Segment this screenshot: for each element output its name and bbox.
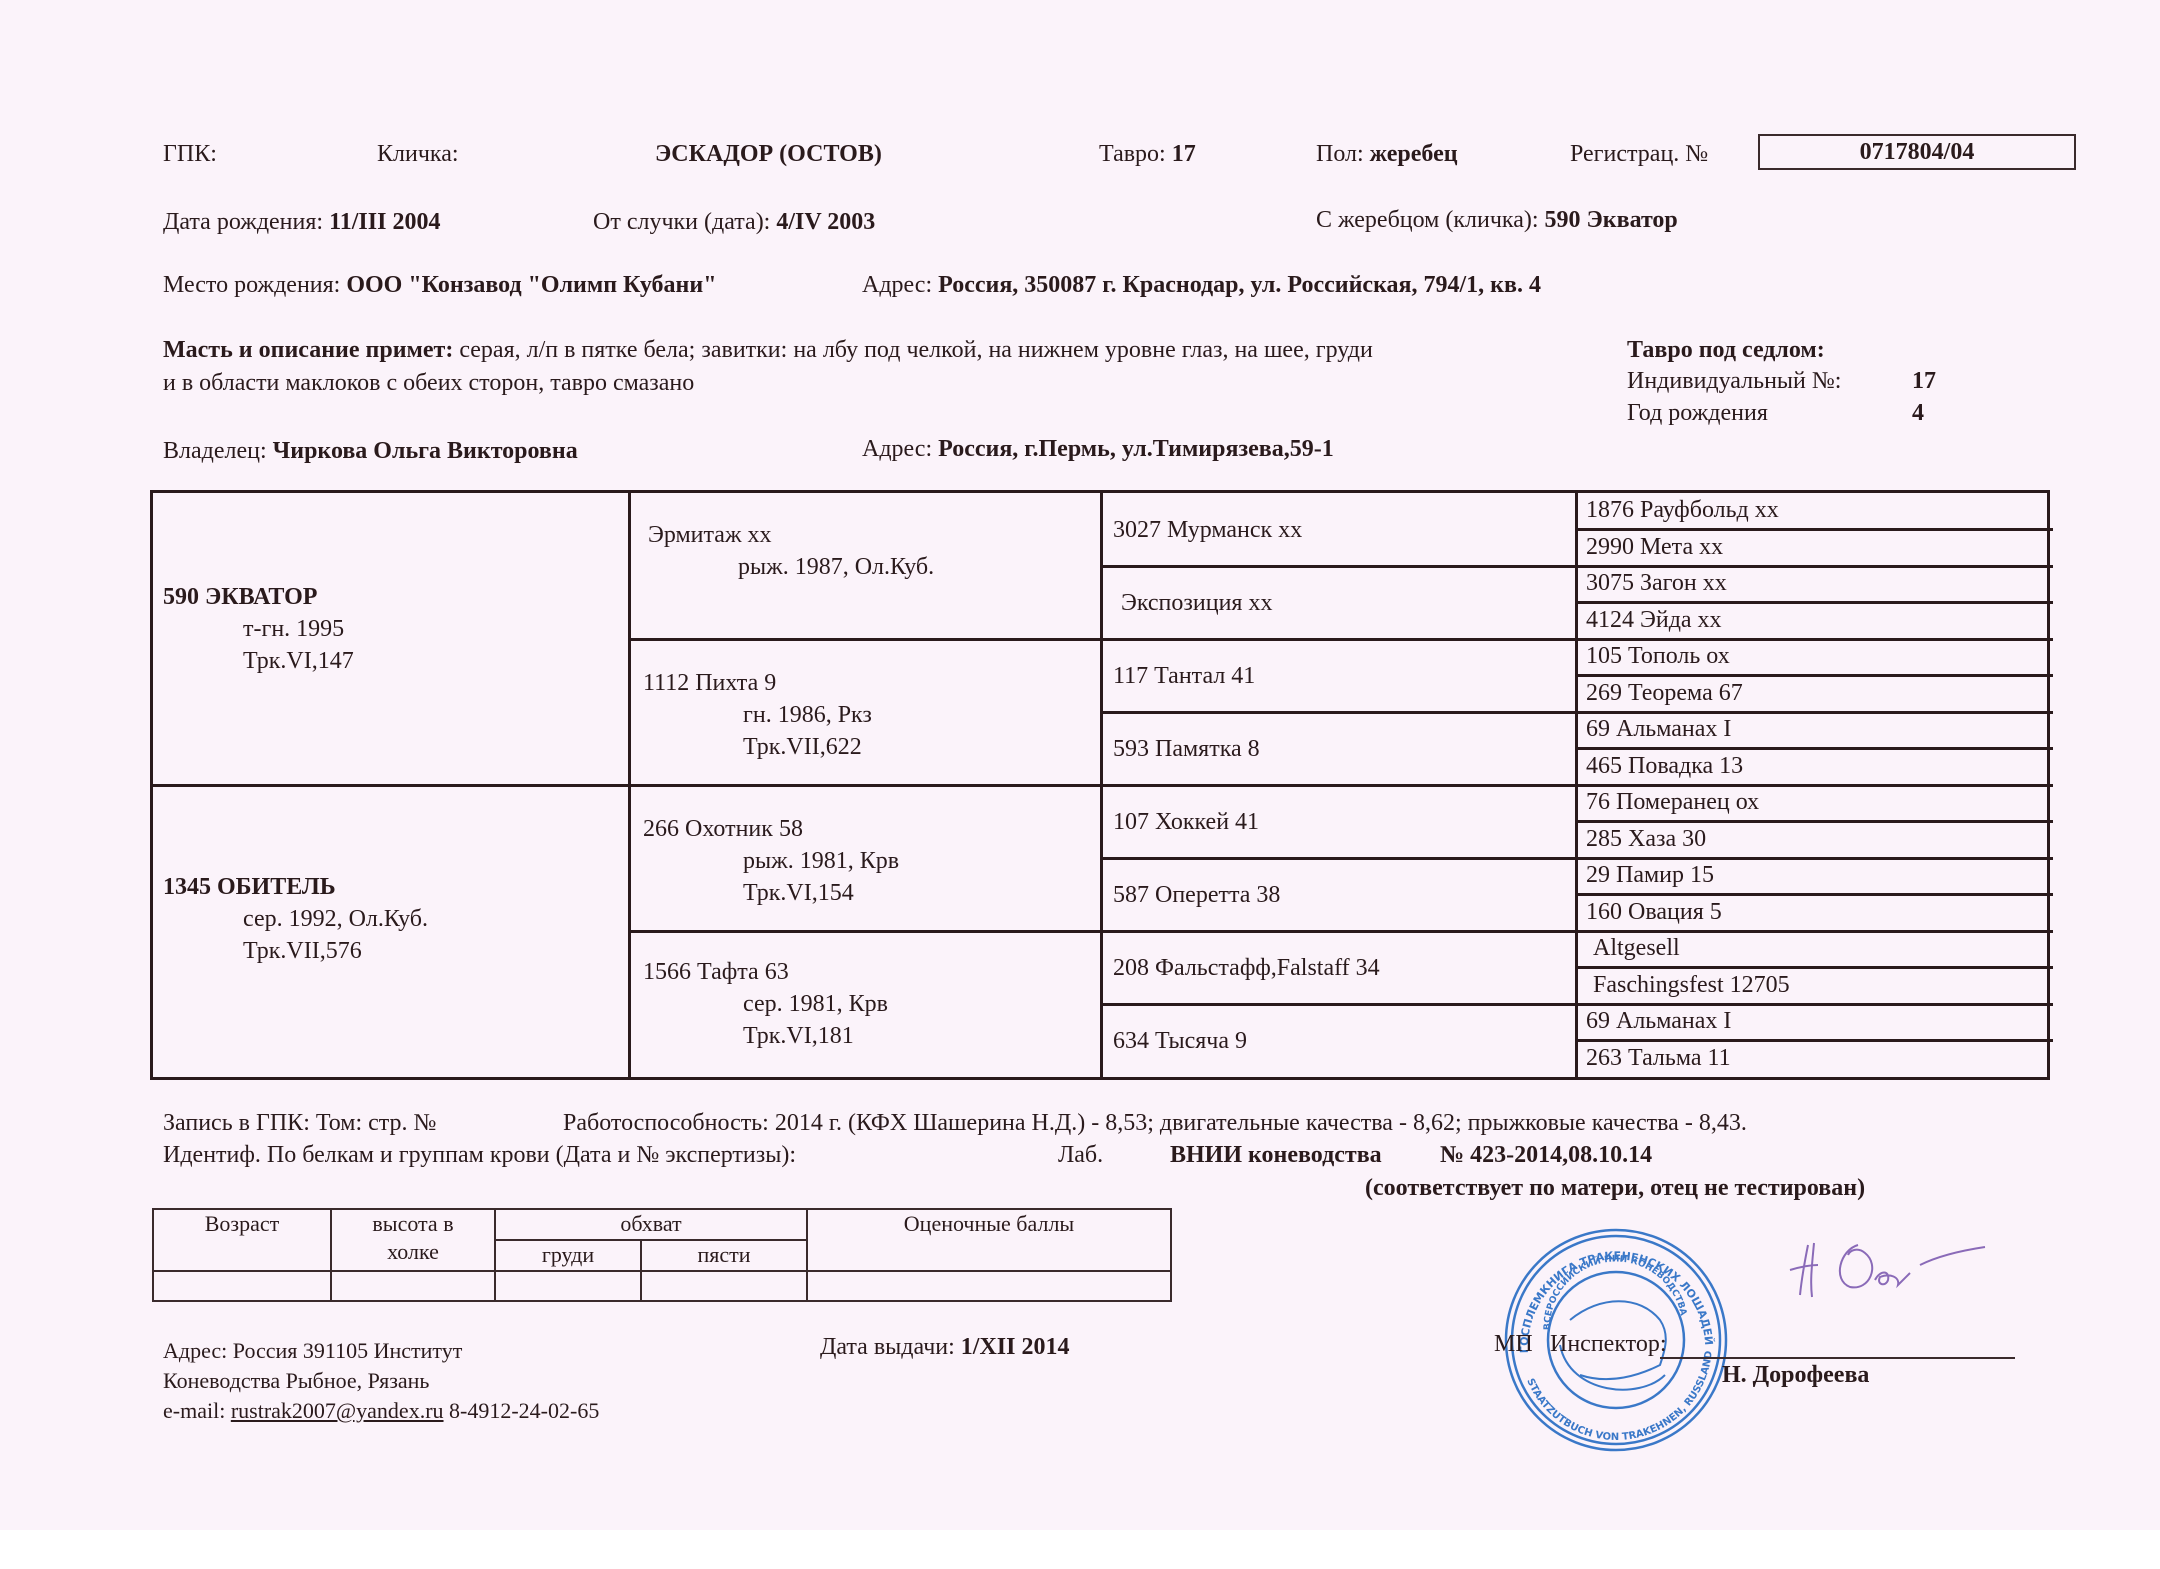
cell-scores xyxy=(807,1271,1171,1301)
reg-label: Регистрац. № xyxy=(1570,141,1708,168)
lab-value: ВНИИ коневодства xyxy=(1170,1142,1382,1169)
divider xyxy=(1100,1003,2053,1006)
birth-year-value: 4 xyxy=(1912,400,1924,427)
footer-address-1: Адрес: Россия 391105 Институт xyxy=(163,1338,462,1364)
gen3-cell: 107 Хоккей 41 xyxy=(1113,806,1259,838)
header-cannon: пясти xyxy=(641,1240,807,1271)
divider xyxy=(628,930,2053,933)
gen4-cell: 105 Тополь ох xyxy=(1586,640,1730,672)
email-link[interactable]: rustrak2007@yandex.ru xyxy=(231,1398,444,1423)
sire-cell: 590 ЭКВАТОР т-гн. 1995 Трк.VI,147 xyxy=(163,581,354,677)
saddle-brand-title: Тавро под седлом: xyxy=(1627,337,1825,364)
individual-no-label: Индивидуальный №: xyxy=(1627,368,1841,395)
footer-contacts: e-mail: rustrak2007@yandex.ru 8-4912-24-… xyxy=(163,1398,599,1424)
divider xyxy=(1100,711,2053,714)
inspector-name: Н. Дорофеева xyxy=(1722,1362,1869,1389)
gen2-cell: 266 Охотник 58 рыж. 1981, Крв Трк.VI,154 xyxy=(643,813,899,909)
gen4-cell: 69 Альманах I xyxy=(1586,1005,1731,1037)
gen4-cell: Altgesell xyxy=(1593,932,1680,964)
owner-address-field: Адрес: Россия, г.Пермь, ул.Тимирязева,59… xyxy=(862,436,1334,463)
gen4-cell: 29 Памир 15 xyxy=(1586,859,1714,891)
name-label: Кличка: xyxy=(377,141,459,168)
pedigree-table: 590 ЭКВАТОР т-гн. 1995 Трк.VI,147 1345 О… xyxy=(150,490,2050,1080)
gen4-cell: 263 Тальма 11 xyxy=(1586,1042,1731,1074)
gen4-cell: 69 Альманах I xyxy=(1586,713,1731,745)
header-chest: груди xyxy=(495,1240,641,1271)
gen3-cell: 587 Оперетта 38 xyxy=(1113,879,1280,911)
brand-field: Тавро: 17 xyxy=(1099,141,1196,168)
divider xyxy=(1100,565,2053,568)
header-age: Возраст xyxy=(153,1209,331,1271)
gen3-cell: 208 Фальстафф,Falstaff 34 xyxy=(1113,952,1380,984)
gen4-cell: 465 Повадка 13 xyxy=(1586,750,1743,782)
gen4-cell: 160 Овация 5 xyxy=(1586,896,1722,928)
gen3-cell: Экспозиция хх xyxy=(1121,587,1272,619)
mating-date-field: От случки (дата): 4/IV 2003 xyxy=(593,209,875,236)
performance: Работоспособность: 2014 г. (КФХ Шашерина… xyxy=(563,1110,1747,1137)
table-row xyxy=(153,1271,1171,1301)
gen4-cell: 4124 Эйда хх xyxy=(1586,604,1722,636)
cell-age xyxy=(153,1271,331,1301)
gen4-cell: 76 Померанец ох xyxy=(1586,786,1759,818)
header-scores: Оценочные баллы xyxy=(807,1209,1171,1271)
birthplace-address-field: Адрес: Россия, 350087 г. Краснодар, ул. … xyxy=(862,272,1541,299)
gen4-cell: 2990 Мета хх xyxy=(1586,531,1723,563)
expertise-no: № 423-2014,08.10.14 xyxy=(1440,1142,1652,1169)
gen2-cell: 1112 Пихта 9 гн. 1986, Ркз Трк.VII,622 xyxy=(643,667,872,763)
gen4-cell: Faschingsfest 12705 xyxy=(1593,969,1790,1001)
gen4-cell: 269 Теорема 67 xyxy=(1586,677,1743,709)
dob-field: Дата рождения: 11/III 2004 xyxy=(163,209,440,236)
ident-label: Идентиф. По белкам и группам крови (Дата… xyxy=(163,1142,796,1169)
gen2-cell: 1566 Тафта 63 сер. 1981, Крв Трк.VI,181 xyxy=(643,956,888,1052)
gen3-cell: 634 Тысяча 9 xyxy=(1113,1025,1247,1057)
lab-label: Лаб. xyxy=(1058,1142,1103,1169)
sex-field: Пол: жеребец xyxy=(1316,141,1458,168)
signature-icon xyxy=(1780,1225,1990,1315)
divider xyxy=(628,638,2053,641)
paper-edge xyxy=(0,1530,2160,1569)
owner-field: Владелец: Чиркова Ольга Викторовна xyxy=(163,438,578,465)
gen3-cell: 3027 Мурманск хх xyxy=(1113,514,1302,546)
birth-year-label: Год рождения xyxy=(1627,400,1768,427)
gpk-label: ГПК: xyxy=(163,141,217,168)
gpk-entry: Запись в ГПК: Том: стр. № xyxy=(163,1110,436,1137)
gen3-cell: 117 Тантал 41 xyxy=(1113,660,1255,692)
gen4-cell: 3075 Загон хх xyxy=(1586,567,1727,599)
cell-chest xyxy=(495,1271,641,1301)
gen2-cell: Эрмитаж хх рыж. 1987, Ол.Куб. xyxy=(648,519,934,583)
gen3-cell: 593 Памятка 8 xyxy=(1113,733,1260,765)
dna-conclusion: (соответствует по матери, отец не тестир… xyxy=(1365,1175,1865,1202)
header-girth: обхват xyxy=(495,1209,807,1240)
footer-address-2: Коневодства Рыбное, Рязань xyxy=(163,1368,429,1394)
horse-name: ЭСКАДОР (ОСТОВ) xyxy=(655,141,882,168)
gen4-cell: 285 Хаза 30 xyxy=(1586,823,1706,855)
divider xyxy=(1100,857,2053,860)
color-description-cont: и в области маклоков с обеих сторон, тав… xyxy=(163,370,694,397)
signature-line xyxy=(1660,1357,2015,1359)
divider xyxy=(153,784,2053,787)
gen4-cell: 1876 Рауфбольд хх xyxy=(1586,494,1779,526)
issue-date: Дата выдачи: 1/XII 2014 xyxy=(820,1334,1069,1361)
mp-label: МП xyxy=(1494,1331,1533,1358)
individual-no-value: 17 xyxy=(1912,368,1936,395)
measurements-table: Возраст высота вхолке обхват Оценочные б… xyxy=(152,1208,1172,1302)
stallion-field: С жеребцом (кличка): 590 Экватор xyxy=(1316,207,1678,234)
cell-cannon xyxy=(641,1271,807,1301)
registration-number-box: 0717804/04 xyxy=(1758,134,2076,170)
birthplace-field: Место рождения: ООО "Конзавод "Олимп Куб… xyxy=(163,272,717,299)
color-description: Масть и описание примет: серая, л/п в пя… xyxy=(163,337,1373,364)
inspector-label: Инспектор: xyxy=(1550,1331,1667,1358)
cell-height xyxy=(331,1271,495,1301)
header-height: высота вхолке xyxy=(331,1209,495,1271)
dam-cell: 1345 ОБИТЕЛЬ сер. 1992, Ол.Куб. Трк.VII,… xyxy=(163,871,428,967)
